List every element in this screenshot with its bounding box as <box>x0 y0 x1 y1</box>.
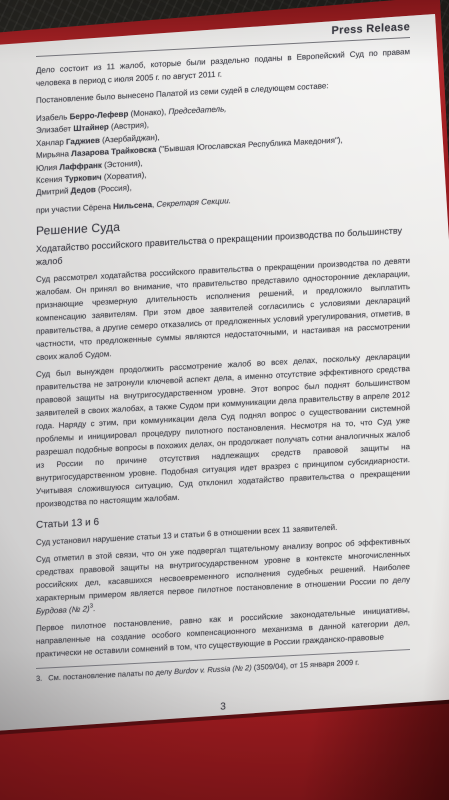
photographed-press-release: Press Release Дело состоит из 11 жалоб, … <box>0 0 449 800</box>
registrar-pre: при участии Сёрена <box>36 202 113 215</box>
judges-list: Изабель Берро-Лефевр (Монако), Председат… <box>36 94 410 200</box>
footnote-case-name: Burdov v. Russia (№ 2) <box>174 663 252 676</box>
document-content: Press Release Дело состоит из 11 жалоб, … <box>36 19 410 723</box>
decision-paragraph-2: Суд был вынужден продолжить рассмотрение… <box>36 349 410 511</box>
registrar-name: Нильсена <box>113 200 152 211</box>
articles-paragraph-1-end: . <box>93 604 95 613</box>
footnote-text-end: (3509/04), от 15 января 2009 г. <box>252 657 360 671</box>
footnote-text: См. постановление палаты по делу <box>48 667 174 682</box>
registrar-role: Секретаря Секции. <box>156 196 230 209</box>
case-reference-burdova: Бурдова (№ 2) <box>36 604 90 616</box>
decision-paragraph-1: Суд рассмотрел ходатайства российского п… <box>36 254 410 364</box>
footnote-number: 3. <box>36 674 42 683</box>
